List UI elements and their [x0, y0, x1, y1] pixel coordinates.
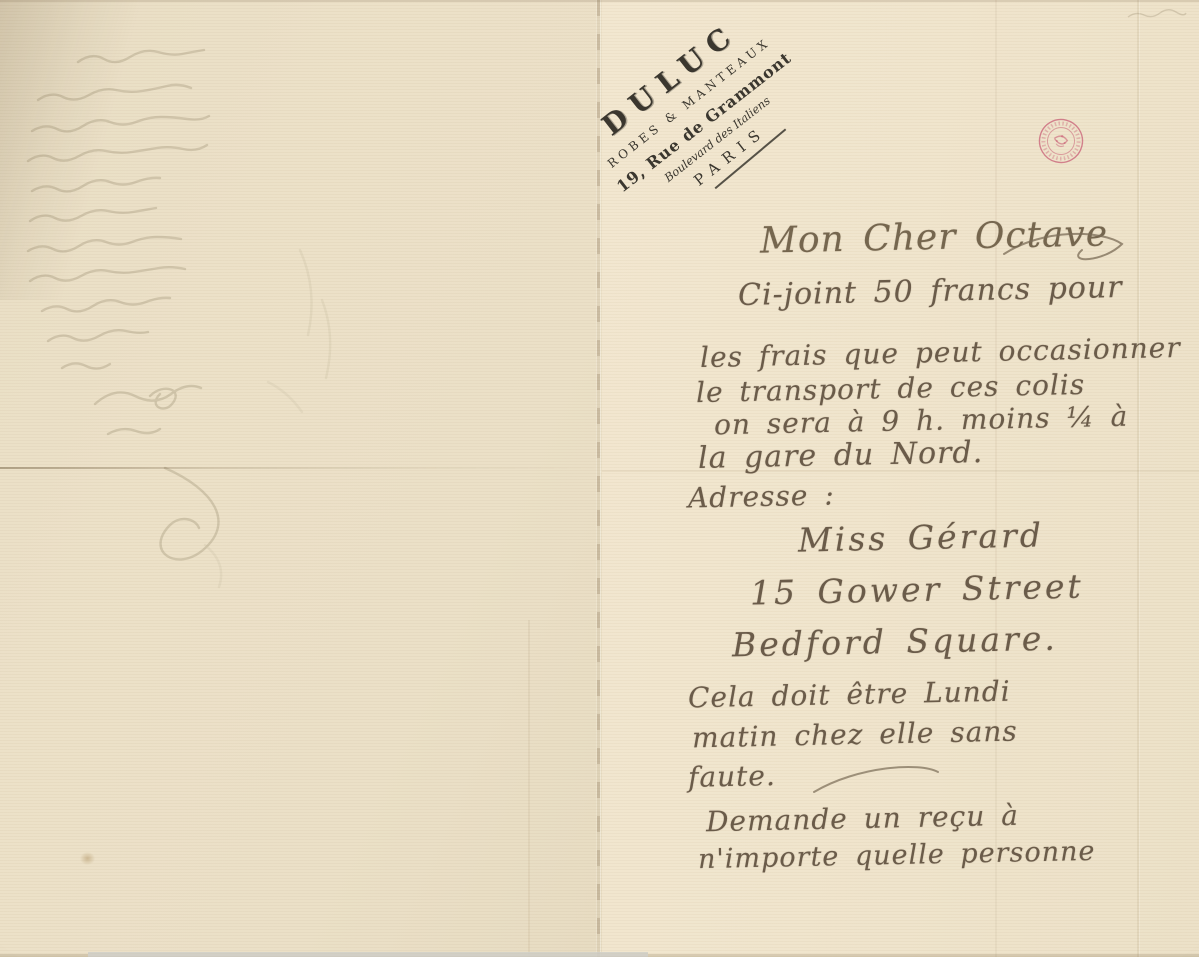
letter-line-7: Adresse : — [688, 478, 835, 514]
bleed-line — [28, 145, 207, 161]
letter-line-3: les frais que peut occasionner — [700, 331, 1181, 374]
bleed-flourish — [161, 468, 219, 559]
letter-line-14: Demande un reçu à — [706, 799, 1020, 839]
pencil-inscription — [1126, 8, 1188, 22]
bleed-line — [32, 116, 209, 131]
letter-scan: DULUC ROBES & MANTEAUX 19, Rue de Grammo… — [0, 0, 1199, 957]
bleed-stroke — [268, 382, 302, 412]
bleed-line — [30, 208, 156, 221]
letter-line-11: Cela doit être Lundi — [688, 675, 1011, 715]
letter-line-9: 15 Gower Street — [750, 567, 1084, 613]
bleed-stroke — [300, 250, 312, 335]
bleed-line — [28, 237, 181, 251]
letter-line-13: faute. — [688, 759, 776, 794]
letter-line-10: Bedford Square. — [732, 619, 1059, 665]
letter-line-8: Miss Gérard — [798, 515, 1045, 559]
bleed-line — [62, 363, 110, 368]
bleed-line — [78, 50, 204, 62]
bleed-line — [38, 85, 191, 100]
left-page — [0, 0, 602, 957]
bleedthrough-handwriting — [0, 0, 602, 957]
bleed-stroke — [322, 300, 330, 378]
bleed-line — [108, 429, 160, 434]
bleed-signature — [95, 386, 201, 404]
letter-line-15: n'importe quelle personne — [698, 836, 1096, 875]
bleed-line — [32, 178, 160, 192]
letter-body: Mon Cher Octave Ci-joint 50 francs pour … — [602, 0, 1199, 957]
letter-line-12: matin chez elle sans — [692, 715, 1018, 755]
bleed-line — [42, 298, 170, 312]
letter-line-2: Ci-joint 50 francs pour — [738, 270, 1123, 313]
right-page: DULUC ROBES & MANTEAUX 19, Rue de Grammo… — [602, 0, 1199, 957]
bleed-line — [30, 267, 185, 281]
bleed-line — [48, 330, 148, 341]
greeting-flourish — [1000, 222, 1140, 274]
faute-flourish — [808, 752, 948, 802]
bleed-stroke — [205, 545, 221, 587]
letter-line-6: la gare du Nord. — [698, 435, 984, 476]
